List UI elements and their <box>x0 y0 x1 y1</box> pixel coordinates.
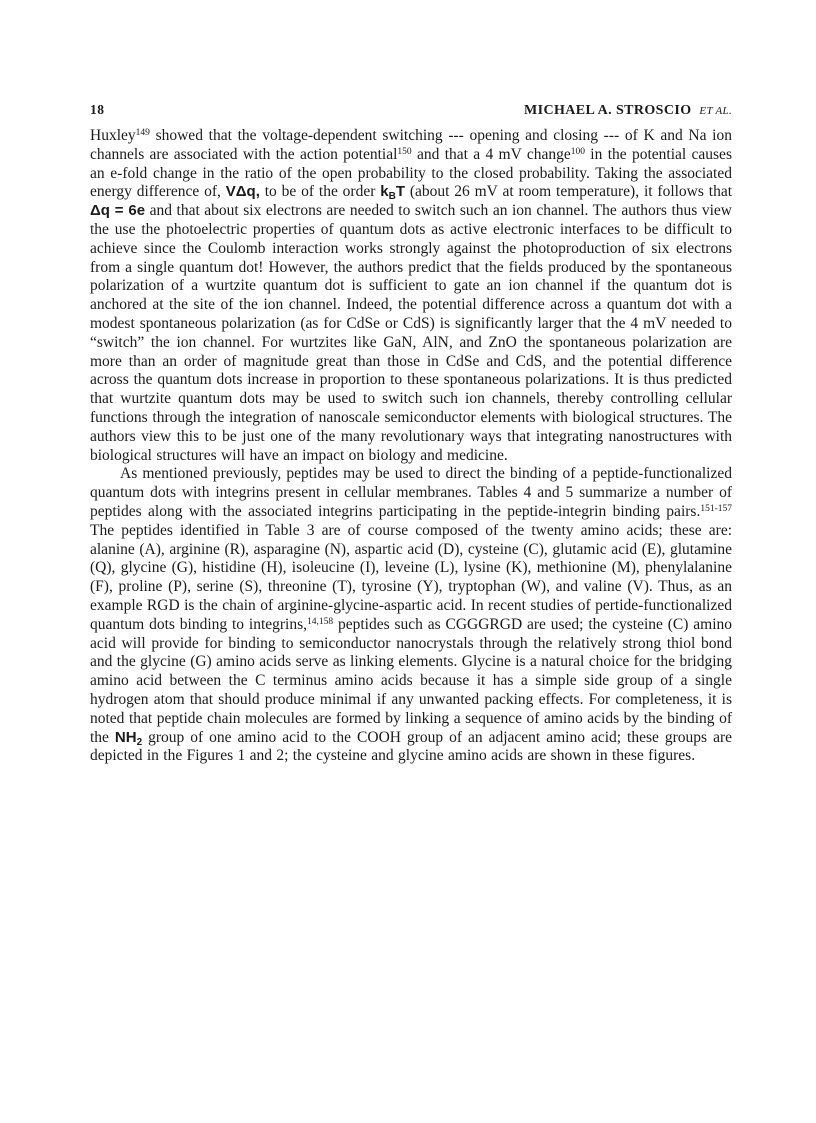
superscript-citation: 149 <box>136 128 150 138</box>
text-run: group of one amino acid to the COOH grou… <box>90 729 732 765</box>
bold-math-term: VΔq, <box>226 183 260 200</box>
bold-math-term: Δq = 6e <box>90 202 145 219</box>
running-header: 18 MICHAEL A. STROSCIO ET AL. <box>90 102 732 119</box>
running-head-etal: ET AL. <box>699 105 732 117</box>
text-run: to be of the order <box>260 183 380 200</box>
document-page: 18 MICHAEL A. STROSCIO ET AL. Huxley149 … <box>0 0 816 1123</box>
text-run: peptides such as CGGGRGD are used; the c… <box>90 616 732 746</box>
paragraph: Huxley149 showed that the voltage-depend… <box>90 127 732 465</box>
body-text: Huxley149 showed that the voltage-depend… <box>90 127 732 766</box>
bold-math-term: B <box>389 191 396 202</box>
text-run: (about 26 mV at room temperature), it fo… <box>405 183 732 200</box>
bold-math-term: k <box>380 183 388 200</box>
page-number: 18 <box>90 102 105 118</box>
text-run: and that about six electrons are needed … <box>90 202 732 463</box>
superscript-citation: 151-157 <box>700 504 732 514</box>
bold-math-term: 2 <box>137 737 143 748</box>
bold-math-term: NH <box>115 729 137 746</box>
paragraph: As mentioned previously, peptides may be… <box>90 465 732 766</box>
running-head-authors: MICHAEL A. STROSCIO <box>524 103 691 118</box>
text-run: and that a 4 mV change <box>412 146 571 163</box>
bold-math-term: T <box>396 183 405 200</box>
superscript-citation: 100 <box>571 147 585 157</box>
superscript-citation: 14,158 <box>307 617 333 627</box>
text-run: Huxley <box>90 127 136 144</box>
text-run: As mentioned previously, peptides may be… <box>90 465 732 520</box>
superscript-citation: 150 <box>397 147 411 157</box>
running-head: MICHAEL A. STROSCIO ET AL. <box>524 103 732 119</box>
